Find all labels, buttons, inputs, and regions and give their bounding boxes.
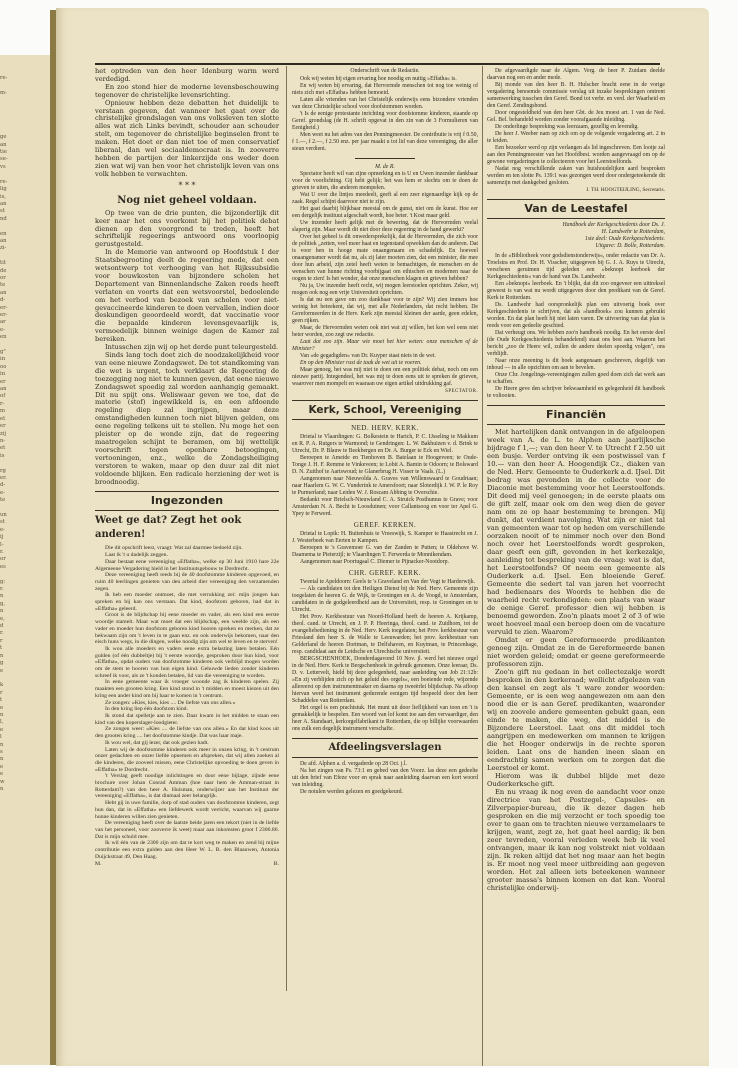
paragraph: Omdat er geen Gereformeerde predikanten … (487, 636, 665, 668)
section-heading-van-de-leestafel: Van de Leestafel (487, 199, 665, 219)
paragraph: Ze zongen weer: »Kies .... de liefste va… (95, 726, 279, 739)
paragraph: Met hartelijken dank ontvangen in de afg… (487, 428, 665, 636)
signature-left: M. (95, 861, 101, 868)
paragraph: In de Memorie van antwoord op Hoofdstuk … (95, 249, 279, 344)
intro-article: het optreden van den heer Idenburg warm … (95, 68, 279, 179)
book-publisher: Uitgave: D. Bolle, Rotterdam. (487, 243, 665, 250)
paragraph: Beroepen te Ameide en Tienhoven B. Batel… (292, 455, 478, 476)
paragraph: Maar genoeg, het was mij niet te doen om… (292, 367, 478, 388)
paragraph: De vereeniging heeft over de laatste bei… (95, 820, 279, 840)
financien-body: Met hartelijken dank ontvangen in de afg… (487, 428, 665, 892)
paragraph: Op twee van de drie punten, die bijzonde… (95, 210, 279, 250)
paragraph: Uw inzender heeft gelijk met de bewering… (292, 220, 478, 234)
paragraph: In den kring liep één doofstom kind. (95, 706, 279, 713)
paragraph: Groot is de blijdschap bij eene moeder e… (95, 612, 279, 646)
paragraph: Zoo'n gift nu gedaan in het collectezakj… (487, 668, 665, 772)
section-separator-stars: * * * (95, 182, 279, 190)
book-volume: 1ste deel: Oude Kerkgeschiedenis. (487, 236, 665, 243)
article-body: Op twee van de drie punten, die bijzonde… (95, 210, 279, 487)
paragraph: De Heere geve den schrijver bekwaamheid … (487, 386, 665, 400)
paragraph: Die dit opschrift leest, vraagt: Wat zal… (95, 545, 279, 552)
article-body: Die dit opschrift leest, vraagt: Wat zal… (95, 545, 279, 868)
paragraph: Beroepen te 's Gravemoer G. van der Zand… (292, 545, 478, 559)
paragraph: Ik wou wel, dat gij lezer, dat ook gezie… (95, 740, 279, 747)
divider (355, 158, 415, 159)
paragraph: Daar bestaat eene vereeniging »Effatha«,… (95, 559, 279, 572)
subsection-title: GEREF. KERKEN. (292, 520, 478, 530)
paragraph: Aangenomen naar Poortugaal C. Diemer te … (292, 559, 478, 566)
paragraph: En op den Minister rust de taak de wet u… (292, 360, 478, 367)
paragraph: Onze Chr. Jongelings-vereenigingen zulle… (487, 372, 665, 386)
paragraph: De afd. Alphen a. d. vergaderde op 28 Oc… (292, 761, 478, 768)
signature: J. TH. HOOGTEIJLING, Secretaris. (487, 187, 665, 194)
paragraph: Wat U over die lintjes meedeelt, geeft a… (292, 192, 478, 206)
book-reference: Handboek der Kerkgeschiedenis door Ds. J… (487, 222, 665, 250)
paragraph: De afgevaardigde naar de Algem. Verg. de… (487, 68, 665, 82)
article-title: Weet ge dat? Zegt het ook anderen! (95, 514, 279, 542)
column-divider-2 (482, 66, 483, 1066)
paragraph: De heer J. Weeber nam op zich om op de v… (487, 131, 665, 145)
paragraph: Ik heb een moeder ontmoet, die met verru… (95, 592, 279, 612)
article-title: Nog niet geheel voldaan. (95, 194, 279, 208)
paragraph: Nadat nog verschillende zaken van huisho… (487, 166, 665, 187)
paragraph: Hierom was ik dubbel blijde met deze Oud… (487, 772, 665, 788)
paragraph: Een bezoeker werd op zijn verlangen als … (487, 145, 665, 166)
paragraph: Hebt gij in uwe familie, dorp of stad ou… (95, 800, 279, 820)
paragraph: En wij weten bij ervaring, dat Hervormde… (292, 83, 478, 97)
paragraph: Spectator heeft wil van zijne opmerking … (292, 171, 478, 192)
subsection-title: NED. HERV. KERK. (292, 423, 478, 433)
paragraph: Ook wij weten bij eigen ervaring hoe noo… (292, 76, 478, 83)
paragraph: 't Verslag geeft noodige inlichtingen en… (95, 773, 279, 800)
paragraph: Het Prov. Kerkbestuur van Noord-Holland … (292, 614, 478, 656)
paragraph: het optreden van den heer Idenburg warm … (95, 68, 279, 84)
paragraph: Maar, de Hervormden weten ook niet wat z… (292, 325, 478, 339)
paragraph: Laten alle vrienden van het Christelijk … (292, 97, 478, 111)
editorial-note-title: Onderschrift van de Redactie. (292, 68, 478, 75)
signature-right: B. (274, 861, 279, 868)
paragraph: Een »beknopt« leerboek. En 't blijkt, da… (487, 281, 665, 302)
paragraph: Over het geheel is dit onwedersprekelijk… (292, 234, 478, 283)
paragraph: Laat ik 't u dadelijk zeggen. (95, 552, 279, 559)
paragraph: 't Is de eenige protestante inrichting v… (292, 111, 478, 132)
paragraph: En nu vraag ik nog even de aandacht voor… (487, 788, 665, 892)
paragraph: Sinds lang toch doet zich de noodzakelij… (95, 352, 279, 486)
paragraph: Na het zingen van Ps. 73:1 en gebed van … (292, 768, 478, 789)
paragraph: In de »Bibliotheek voor godsdienstonderw… (487, 253, 665, 281)
paragraph: Bedankt voor Brielsch-Nieuwland C. A. St… (292, 497, 478, 518)
reply-title: M. de R. (292, 164, 478, 171)
column-1: het optreden van den heer Idenburg warm … (95, 68, 279, 868)
paragraph: Drietal te Vlaardingen: G. Bolkestein te… (292, 434, 478, 455)
subsection-title: CHR. GEREF. KERK. (292, 568, 478, 578)
paragraph: Deze vereeniging heeft reeds bij de 40 d… (95, 572, 279, 592)
paragraph: Aangenomen naar Nieuwolda A. Graves van … (292, 476, 478, 497)
section-heading-kerk-school-vereeniging: Kerk, School, Vereeniging (292, 400, 478, 420)
column-divider-1 (286, 66, 287, 991)
signature: M. B. (95, 861, 279, 868)
paragraph: — Als candidaten tot den Heiligen Dienst… (292, 586, 478, 614)
paragraph: Tweetal te Apeldoorn: Geels te 's Gravel… (292, 579, 478, 586)
paragraph: Het orgel is een prachtstuk. Het munt ui… (292, 705, 478, 733)
paragraph: Ds. Landwehr had oorspronkelijk plan een… (487, 302, 665, 330)
section-heading-ingezonden: Ingezonden (95, 491, 279, 511)
paragraph: Ik wou alle moeders en vaders eene extra… (95, 646, 279, 680)
paragraph: De notulen werden gelezen en goedgekeurd… (292, 789, 478, 796)
paragraph: Laat dat zoo zijn. Maar wie moet het hie… (292, 339, 478, 353)
previous-page-text-fragments: re- m- ge an tie se- vs re- lig is, an s… (0, 75, 22, 793)
column-3: De afgevaardigde naar de Algem. Verg. de… (487, 68, 665, 892)
section-heading-afdeelingsverslagen: Afdeelingsverslagen (292, 738, 478, 758)
paragraph: Ik stond dat spelletje aan te zien. Daar… (95, 713, 279, 726)
paragraph: Laten wij de doofstomme kinderen ook mee… (95, 747, 279, 774)
top-rule (95, 63, 660, 65)
column-2: Onderschrift van de Redactie. Ook wij we… (292, 68, 478, 796)
paragraph: Bij monde van den heer B. H. Hulscher br… (487, 82, 665, 110)
paragraph: BERGSCHENHOEK, Donderdagavond 10 Nov. jl… (292, 656, 478, 705)
signature: SPECTATOR. (292, 388, 478, 395)
paragraph: Drietal te Lopik: H. Buitenhuis te Vrees… (292, 531, 478, 545)
paragraph: In eene gemeente waar ik vroeger woonde … (95, 679, 279, 699)
section-heading-financien: Financiën (487, 405, 665, 425)
paragraph: Ik wil één van de 2300 zijn om dat te ko… (95, 840, 279, 860)
paragraph: Door ongesteldheid van den heer Gbt. de … (487, 110, 665, 124)
paragraph: De onderlinge bespreking was leerzaam, g… (487, 124, 665, 131)
paragraph: Het gaat daarbij blijkbaar meestal om de… (292, 206, 478, 220)
paragraph: En zoo stond hier de moderne levensbesch… (95, 84, 279, 100)
paragraph: Van »de gegadigden« van Dr. Kuyper staat… (292, 353, 478, 360)
paragraph: Naar onze meening is dit boek aangenaam … (487, 358, 665, 372)
book-title: Handboek der Kerkgeschiedenis door Ds. J… (487, 222, 665, 236)
paragraph: Men weet nu het adres van den Penningmee… (292, 132, 478, 153)
paragraph: Nu ja, Uw inzender heeft recht, wij moge… (292, 283, 478, 297)
paragraph: Opnieuw hebben deze debatten het duideli… (95, 100, 279, 179)
paragraph: Dat verheugt ons. We hebben zoo'n handbo… (487, 330, 665, 358)
paragraph: Is dat nu een gave om zoo dankbaar voor … (292, 297, 478, 325)
